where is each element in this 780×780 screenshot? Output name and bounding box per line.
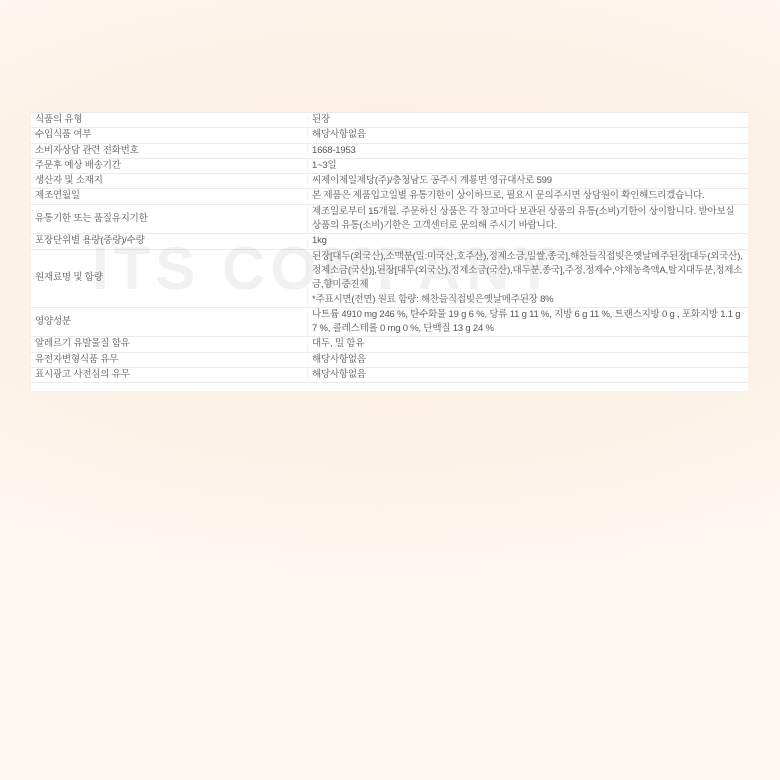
- product-info-table: 식품의 유형된장수입식품 여부해당사항없음소비자상담 관련 전화번호1668-1…: [31, 112, 748, 391]
- row-value: 대두, 밀 함유: [308, 337, 749, 352]
- table-row: 생산자 및 소재지씨제이제일제당(주)/충청남도 공주시 계룡면 영규대사로 5…: [31, 174, 748, 189]
- row-label: 원재료명 및 함량: [31, 249, 308, 307]
- row-label: 유전자변형식품 유무: [31, 352, 308, 367]
- row-value: 해당사항없음: [308, 368, 749, 383]
- row-value: 제조일로부터 15개월. 주문하신 상품은 각 창고마다 보관된 상품의 유통(…: [308, 204, 749, 234]
- table-row: 원재료명 및 함량된장[대두(외국산),소맥분(밀:미국산,호주산),정제소금,…: [31, 249, 748, 307]
- row-value: 1kg: [308, 234, 749, 249]
- row-value: 본 제품은 제품입고일별 유통기한이 상이하므로, 필요시 문의주시면 상담원이…: [308, 189, 749, 204]
- product-info-grid: 식품의 유형된장수입식품 여부해당사항없음소비자상담 관련 전화번호1668-1…: [31, 112, 748, 383]
- row-value: 해당사항없음: [308, 352, 749, 367]
- row-label: 제조연월일: [31, 189, 308, 204]
- table-row: 제조연월일본 제품은 제품입고일별 유통기한이 상이하므로, 필요시 문의주시면…: [31, 189, 748, 204]
- table-row: 유전자변형식품 유무해당사항없음: [31, 352, 748, 367]
- row-label: 표시광고 사전심의 유무: [31, 368, 308, 383]
- table-row: 표시광고 사전심의 유무해당사항없음: [31, 368, 748, 383]
- row-value: 된장[대두(외국산),소맥분(밀:미국산,호주산),정제소금,밀쌀,종국],해찬…: [308, 249, 749, 307]
- row-value: 1668-1953: [308, 143, 749, 158]
- row-label: 식품의 유형: [31, 113, 308, 128]
- row-label: 알레르기 유발물질 함유: [31, 337, 308, 352]
- table-row: 포장단위별 용량(중량)/수량1kg: [31, 234, 748, 249]
- row-label: 영양성분: [31, 307, 308, 337]
- row-label: 포장단위별 용량(중량)/수량: [31, 234, 308, 249]
- row-value: 해당사항없음: [308, 128, 749, 143]
- table-row: 알레르기 유발물질 함유대두, 밀 함유: [31, 337, 748, 352]
- table-row: 식품의 유형된장: [31, 113, 748, 128]
- row-value: 씨제이제일제당(주)/충청남도 공주시 계룡면 영규대사로 599: [308, 174, 749, 189]
- row-value: 된장: [308, 113, 749, 128]
- table-row: 영양성분나트륨 4910 mg 246 %, 탄수화물 19 g 6 %, 당류…: [31, 307, 748, 337]
- row-label: 소비자상담 관련 전화번호: [31, 143, 308, 158]
- table-row: 수입식품 여부해당사항없음: [31, 128, 748, 143]
- row-value: 나트륨 4910 mg 246 %, 탄수화물 19 g 6 %, 당류 11 …: [308, 307, 749, 337]
- table-row: 주문후 예상 배송기간1~3일: [31, 158, 748, 173]
- row-label: 주문후 예상 배송기간: [31, 158, 308, 173]
- row-label: 생산자 및 소재지: [31, 174, 308, 189]
- row-value: 1~3일: [308, 158, 749, 173]
- table-row: 유통기한 또는 품질유지기한제조일로부터 15개월. 주문하신 상품은 각 창고…: [31, 204, 748, 234]
- row-label: 수입식품 여부: [31, 128, 308, 143]
- row-label: 유통기한 또는 품질유지기한: [31, 204, 308, 234]
- table-row: 소비자상담 관련 전화번호1668-1953: [31, 143, 748, 158]
